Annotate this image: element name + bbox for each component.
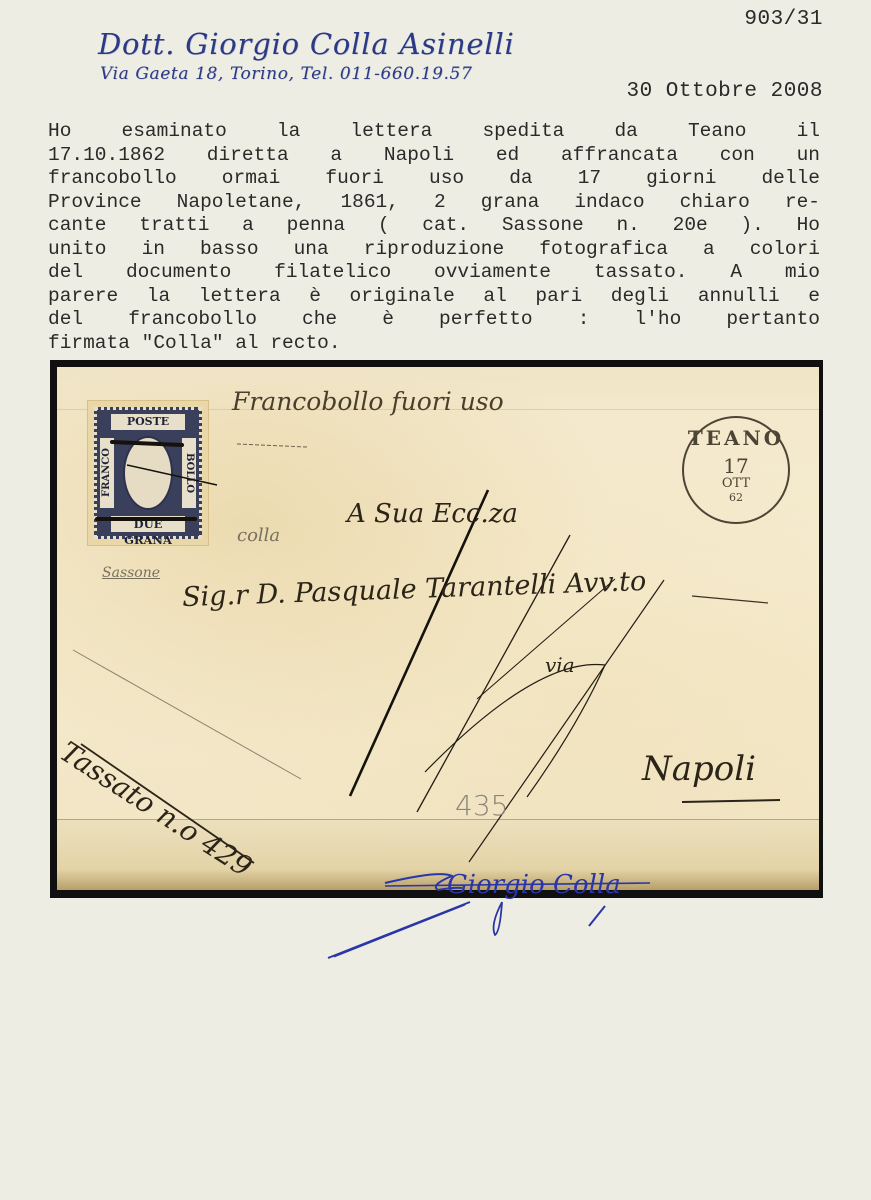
pencil-sassone-note: Sassone bbox=[102, 565, 160, 581]
body-line: francobollo ormai fuori uso da 17 giorni… bbox=[48, 167, 820, 191]
body-line: del documento filatelico ovviamente tass… bbox=[48, 261, 820, 285]
pencil-number: 435 bbox=[455, 789, 508, 822]
expert-address: Via Gaeta 18, Torino, Tel. 011-660.19.57 bbox=[100, 62, 515, 86]
body-line: unito in basso una riproduzione fotograf… bbox=[48, 238, 820, 262]
letter-photograph: POSTE FRANCO BOLLO DUE GRANA TEANO 17 OT… bbox=[50, 360, 823, 898]
body-line: parere la lettera è originale al pari de… bbox=[48, 285, 820, 309]
note-francobollo-fuori-uso: Francobollo fuori uso bbox=[232, 387, 504, 416]
pencil-colla-note: colla bbox=[237, 525, 280, 546]
body-line: del francobollo che è perfetto : l'ho pe… bbox=[48, 308, 820, 332]
body-line: firmata "Colla" al recto. bbox=[48, 332, 820, 356]
body-line: Province Napoletane, 1861, 2 grana indac… bbox=[48, 191, 820, 215]
certificate-body: Ho esaminato la lettera spedita da Teano… bbox=[48, 120, 820, 355]
letter-paper: POSTE FRANCO BOLLO DUE GRANA TEANO 17 OT… bbox=[57, 367, 819, 890]
salutation-text: A Sua Ecc.za bbox=[347, 499, 518, 529]
certificate-date: 30 Ottobre 2008 bbox=[626, 80, 823, 103]
body-line: Ho esaminato la lettera spedita da Teano… bbox=[48, 120, 820, 144]
via-text: via bbox=[545, 653, 575, 677]
expert-name: Dott. Giorgio Colla Asinelli bbox=[98, 26, 515, 62]
body-line: cante tratti a penna ( cat. Sassone n. 2… bbox=[48, 214, 820, 238]
body-line: 17.10.1862 diretta a Napoli ed affrancat… bbox=[48, 144, 820, 168]
destination-city: Napoli bbox=[642, 749, 756, 789]
certificate-number: 903/31 bbox=[744, 8, 823, 31]
letterhead: Dott. Giorgio Colla Asinelli Via Gaeta 1… bbox=[98, 26, 515, 86]
